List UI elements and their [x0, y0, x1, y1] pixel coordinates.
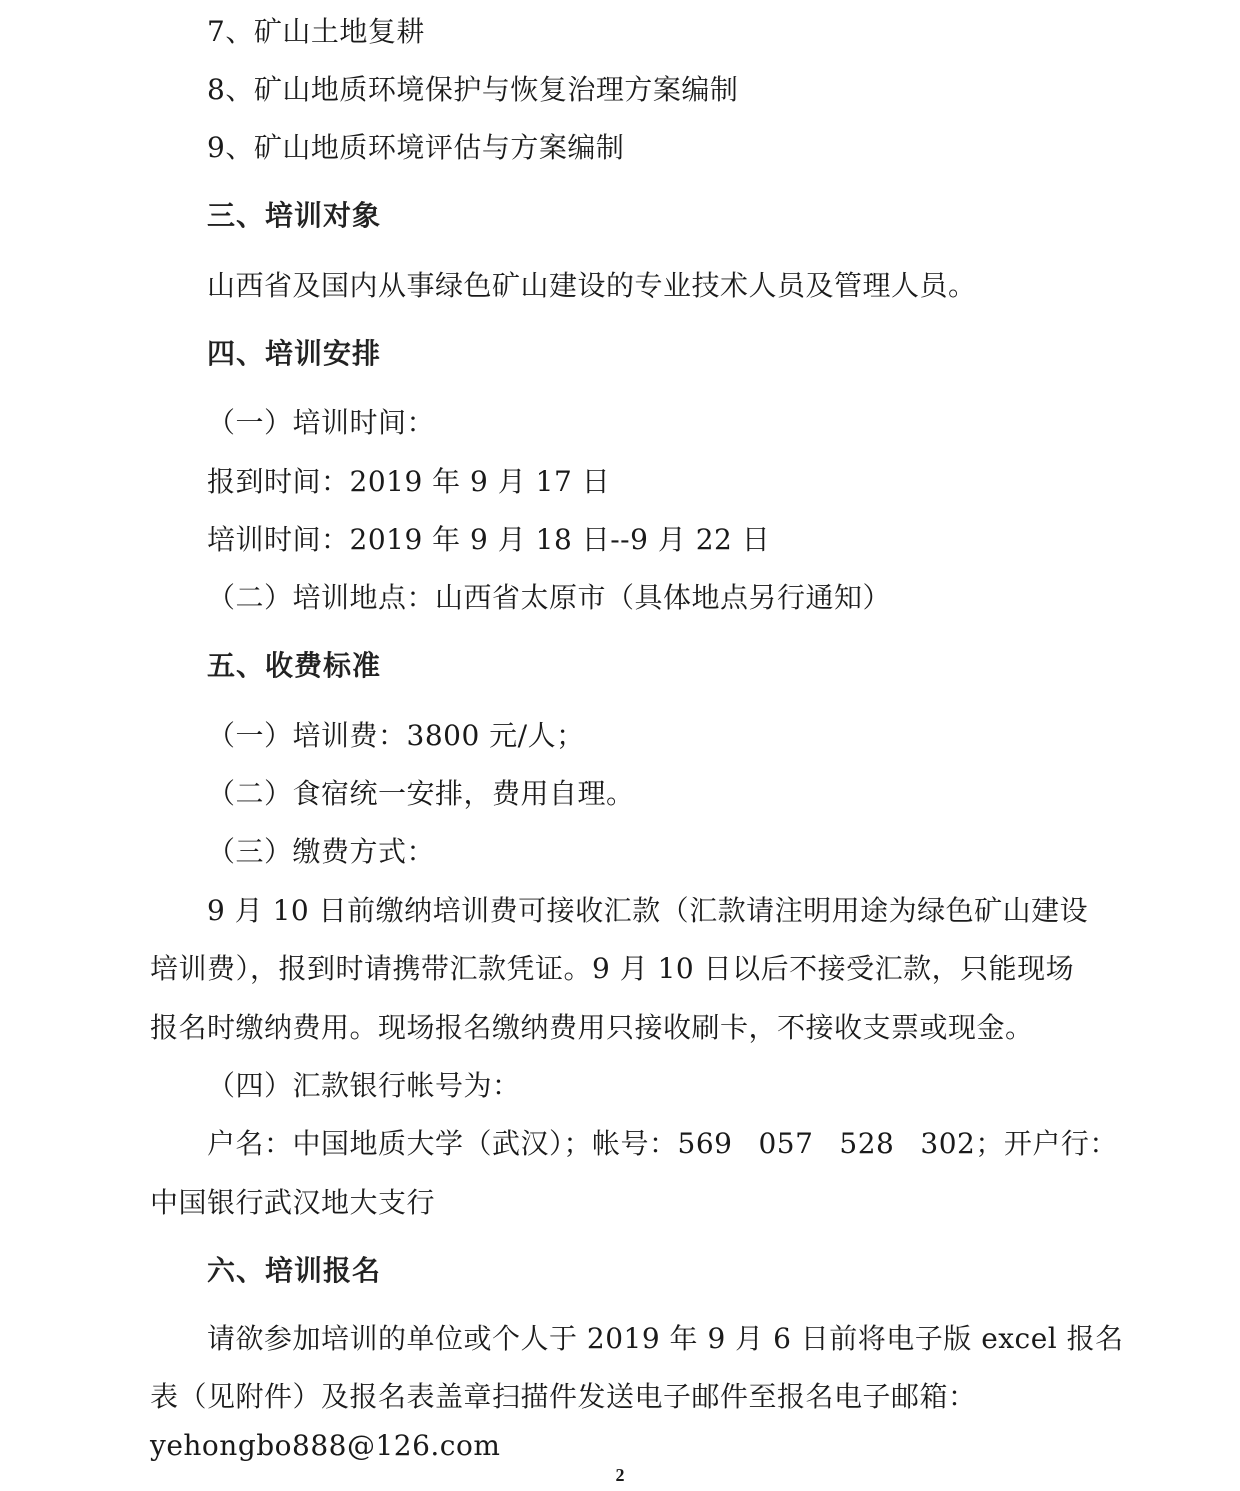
payment-para-line-1: 9 月 10 日前缴纳培训费可接收汇款（汇款请注明用途为绿色矿山建设	[207, 893, 1088, 929]
account-number-group: 057	[758, 1127, 813, 1160]
training-fee: （一）培训费：3800 元/人；	[207, 718, 585, 754]
bank-account-title: （四）汇款银行帐号为：	[207, 1068, 521, 1104]
list-item-7: 7、矿山土地复耕	[207, 14, 425, 50]
training-dates: 培训时间：2019 年 9 月 18 日--9 月 22 日	[207, 522, 770, 558]
page-number: 2	[0, 1465, 1240, 1486]
section-heading-audience: 三、培训对象	[207, 198, 381, 234]
list-item-8: 8、矿山地质环境保护与恢复治理方案编制	[207, 72, 738, 108]
training-time-title: （一）培训时间：	[207, 405, 435, 441]
account-number-group: 302	[920, 1127, 975, 1160]
training-location: （二）培训地点：山西省太原市（具体地点另行通知）	[207, 580, 891, 616]
account-number-group: 569	[678, 1127, 733, 1160]
board-lodging: （二）食宿统一安排，费用自理。	[207, 776, 635, 812]
bank-name: 中国银行武汉地大支行	[150, 1185, 435, 1221]
audience-text: 山西省及国内从事绿色矿山建设的专业技术人员及管理人员。	[207, 268, 977, 304]
section-heading-arrangement: 四、培训安排	[207, 336, 381, 372]
payment-method-title: （三）缴费方式：	[207, 834, 435, 870]
payment-para-line-2: 培训费），报到时请携带汇款凭证。9 月 10 日以后不接受汇款，只能现场	[150, 951, 1074, 987]
account-holder: 户名：中国地质大学（武汉）；帐号：	[207, 1127, 678, 1160]
section-heading-registration: 六、培训报名	[207, 1253, 381, 1289]
account-bank-label: ；开户行：	[975, 1127, 1118, 1160]
checkin-time: 报到时间：2019 年 9 月 17 日	[207, 464, 610, 500]
account-line: 户名：中国地质大学（武汉）；帐号：569057528302；开户行：	[207, 1126, 1118, 1162]
section-heading-fees: 五、收费标准	[207, 648, 381, 684]
registration-line-1: 请欲参加培训的单位或个人于 2019 年 9 月 6 日前将电子版 excel …	[207, 1321, 1124, 1357]
list-item-9: 9、矿山地质环境评估与方案编制	[207, 130, 624, 166]
registration-line-2: 表（见附件）及报名表盖章扫描件发送电子邮件至报名电子邮箱：	[150, 1379, 977, 1415]
registration-email[interactable]: yehongbo888@126.com	[150, 1428, 500, 1464]
account-number-group: 528	[839, 1127, 894, 1160]
payment-para-line-3: 报名时缴纳费用。现场报名缴纳费用只接收刷卡，不接收支票或现金。	[150, 1010, 1034, 1046]
